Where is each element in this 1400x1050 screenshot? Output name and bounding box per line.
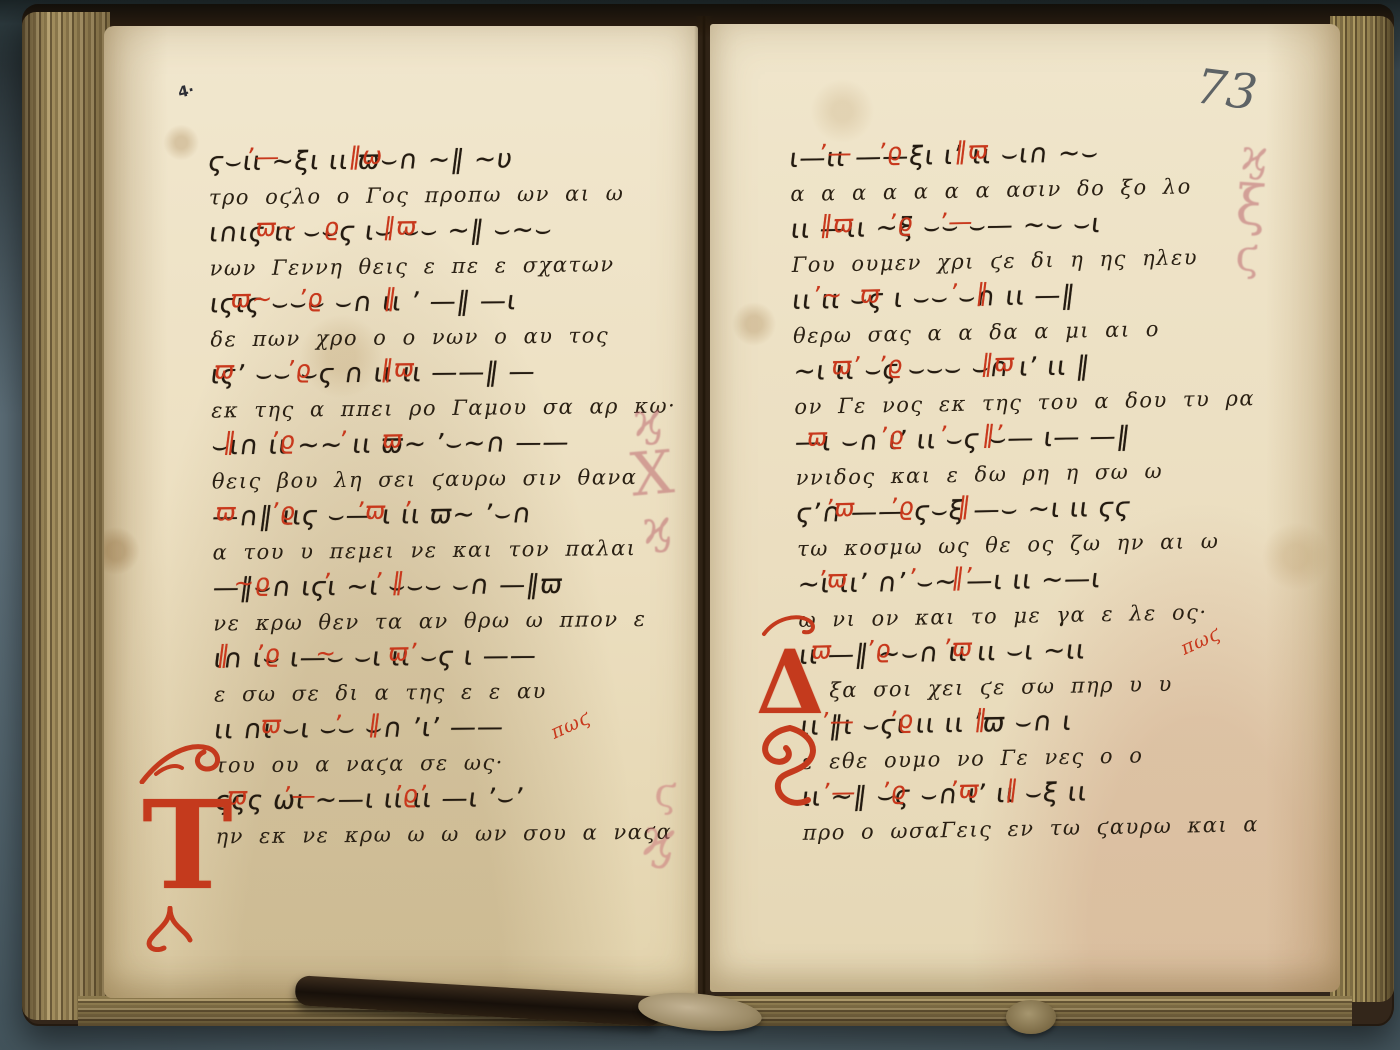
ornamental-initial-delta: Δ (756, 612, 846, 732)
neume-row: ιι ∩ι ⌣ι ⌣⌣ ⌣∩ ʼιʼ —— ϖ ʼ ‖ (212, 703, 688, 752)
chant-line: —ι ⌣∩ ιʼ ιι ⌣ϛ ⌣— ι— —‖ ϖ ʼϱ ʼ ‖ʼ ννιδος… (795, 411, 1316, 492)
chant-line: ιϛʼ ⌣⌣ ⌣ϛ ∩ ιι ιι ——‖ —ϖ ʼϱ ‖ϖ εκ της α … (211, 349, 682, 425)
lyric-row: ην εκ νε κρω ω ω ων σου α ναϛα (215, 819, 685, 850)
neume-row: ιϛιϛ ⌣⌣⌣ ⌣∩ ιι ʼ —‖ —ι ϖ∼ ʼϱ ‖ (207, 278, 683, 327)
neume-row: —‖⌣∩ ιϛι ∼ι ⌣⌣⌣ ⌣∩ —‖ϖ ∼ϱ ʼ ʼ ‖ (210, 562, 686, 611)
chant-line: ⌣ι∩ ιι ∼∼ ιι ϖ∼ ʼ⌣∼∩ —— ‖ ʼϱ ʼ ϖ θεις βο… (211, 420, 682, 496)
photo-background: 4· ϛ⌣ιι ∼ξι ιι ϖ⌣∩ ∼‖ ∼υ ʼ— ‖ω τρο οϛλο … (0, 0, 1400, 1050)
fore-edge-left (22, 12, 110, 1020)
chant-line: ∼ι ιι ⌣ϛ ⌣⌣⌣ ⌣∩ ιʼ ιι ‖ ϖʼ ʼϱ ‖ϖ ον Γε ν… (793, 340, 1314, 421)
chant-line: —‖⌣∩ ιϛι ∼ι ⌣⌣⌣ ⌣∩ —‖ϖ ∼ϱ ʼ ʼ ‖ νε κρω θ… (213, 562, 684, 638)
chant-line: ϛ⌣ιι ∼ξι ιι ϖ⌣∩ ∼‖ ∼υ ʼ— ‖ω τρο οϛλο ο Γ… (208, 136, 679, 212)
corner-ink-mark: 4· (176, 81, 196, 102)
red-accents: ‖ ʼϱ ʼ ϖ (212, 417, 406, 463)
chant-line: ιι ‖ι ⌣ϛι ιι ιι ʼϖ ⌣∩ ι ʼ— ʼϱ ‖ ε εθε ου… (800, 695, 1321, 776)
folio-number: 73 (1193, 58, 1260, 121)
neume-row: ιϛʼ ⌣⌣ ⌣ϛ ∩ ιι ιι ——‖ —ϖ ʼϱ ‖ϖ (208, 349, 684, 398)
red-accents: ʼ— ʼϱ ʼϖ ‖ (803, 767, 1022, 815)
chant-line: —∩‖ ιιϛ ⌣— ι ιι ϖ∼ ʼ⌣∩ϖ ʼϱ ʼϖ ʼ α του υ … (212, 491, 683, 567)
red-accents: ‖ϖ ʼϱ ʼ— (792, 199, 976, 247)
chant-line: ∼ι ιιʼ ∩ʼ ⌣∼ —ι ιι ∼—ι ʼϖ ʼ ‖ʼ ω νι ον κ… (797, 553, 1318, 634)
red-accents: ϖ ʼϱ ‖ϖ (212, 346, 419, 392)
red-accents: ʼϖ ʼ ‖ʼ (799, 555, 976, 602)
right-page: 73 ι—ιι ——ξι ιʼ ιι ⌣ι∩ ∼⌣ ʼ— ʼϱ ‖ϖ α α α… (710, 24, 1340, 992)
red-accents: ϖ ʼϱ ʼ ‖ʼ (796, 412, 1007, 460)
left-page: 4· ϛ⌣ιι ∼ξι ιι ϖ⌣∩ ∼‖ ∼υ ʼ— ‖ω τρο οϛλο … (104, 26, 698, 998)
chant-line: ςςς ωι ∼—ι ιι ιι —ι ʼ⌣ʼ ϖ ʼ— ʼϱʼ ην εκ ν… (215, 775, 686, 851)
neume-row: ςςς ωι ∼—ι ιι ιι —ι ʼ⌣ʼ ϖ ʼ— ʼϱʼ (212, 774, 688, 823)
neume-row: ι∩ιϛ ιι ⌣⌣ϛ ι⌣ ⌣⌣ ∼‖ ⌣∼⌣ ϖ∼ ϱ ‖ϖ (206, 207, 682, 256)
red-accents: ϖʼ ʼϱ ‖ϖ (795, 341, 1018, 389)
manuscript-book: 4· ϛ⌣ιι ∼ξι ιι ϖ⌣∩ ∼‖ ∼υ ʼ— ‖ω τρο οϛλο … (22, 4, 1394, 1026)
chant-line: ιι ιι ⌣ϛ ι ⌣⌣ ⌣∩ ιι —‖ ʼ∼ ϖ ʼ ‖ θερω σας… (792, 269, 1313, 350)
left-text-block: ϛ⌣ιι ∼ξι ιι ϖ⌣∩ ∼‖ ∼υ ʼ— ‖ω τρο οϛλο ο Γ… (208, 136, 685, 851)
red-accents: ʼ— ‖ω (209, 134, 386, 180)
red-accents: ‖ ʼϱ ∼ ϖʼ (215, 630, 422, 676)
red-accents: ϖ∼ ϱ ‖ϖ (210, 204, 420, 250)
ornamental-initial-tau: Τ (136, 738, 256, 958)
chant-line: ι∩ ι⌣ ι—⌣ ⌣ι ιι ⌣ϛ ι ——‖ ʼϱ ∼ ϖʼ ε σω σε… (213, 633, 684, 709)
red-accents: ʼ∼ ϖ ʼ ‖ (793, 270, 992, 318)
neume-row: —∩‖ ιιϛ ⌣— ι ιι ϖ∼ ʼ⌣∩ϖ ʼϱ ʼϖ ʼ (209, 491, 685, 540)
chant-line: ιι ∩ι ⌣ι ⌣⌣ ⌣∩ ʼιʼ —— ϖ ʼ ‖ του ου α ναϛ… (214, 704, 685, 780)
chant-line: ιϛιϛ ⌣⌣⌣ ⌣∩ ιι ʼ —‖ —ι ϖ∼ ʼϱ ‖ δε πων χρ… (210, 278, 681, 354)
neume-row: ϛ⌣ιι ∼ξι ιι ϖ⌣∩ ∼‖ ∼υ ʼ— ‖ω (206, 136, 682, 185)
chant-line: ϛʼ∩ —— ϛ⌣ξ —⌣ ∼ι ιι ϛϛ ʼϖ ʼϱ ‖ τω κοσμω … (796, 482, 1317, 563)
neume-row: ⌣ι∩ ιι ∼∼ ιι ϖ∼ ʼ⌣∼∩ —— ‖ ʼϱ ʼ ϖ (209, 420, 685, 469)
red-accents: ϖ∼ ʼϱ ‖ (211, 275, 400, 321)
strap-knot (1006, 1000, 1056, 1034)
chant-line: ιι ∼‖ ⌣ϛ ⌣∩ ιʼ ιι ⌣ξ ιι ʼ— ʼϱ ʼϖ ‖ προ ο… (802, 766, 1323, 847)
red-accents: ʼϖ ʼϱ ‖ (797, 484, 973, 531)
chant-line: ι—ιι ——ξι ιʼ ιι ⌣ι∩ ∼⌣ ʼ— ʼϱ ‖ϖ α α α α … (789, 127, 1310, 208)
chant-line: ι∩ιϛ ιι ⌣⌣ϛ ι⌣ ⌣⌣ ∼‖ ⌣∼⌣ ϖ∼ ϱ ‖ϖ νων Γεν… (209, 207, 680, 283)
neume-row: ι∩ ι⌣ ι—⌣ ⌣ι ιι ⌣ϛ ι ——‖ ʼϱ ∼ ϖʼ (211, 632, 687, 681)
red-accents: ʼ— ʼϱ ‖ϖ (791, 128, 992, 176)
red-accents: ∼ϱ ʼ ʼ ‖ (214, 559, 408, 605)
scroll-flourish-icon (750, 724, 830, 818)
chant-line: ιι —‖ ∼⌣∩ ιι ιι ⌣ι ∼ιι ϖ ʼϱ ʼϖ ο ξα σοι … (799, 624, 1320, 705)
red-accents: ϖ ʼϱ ʼϖ ʼ (213, 488, 415, 534)
